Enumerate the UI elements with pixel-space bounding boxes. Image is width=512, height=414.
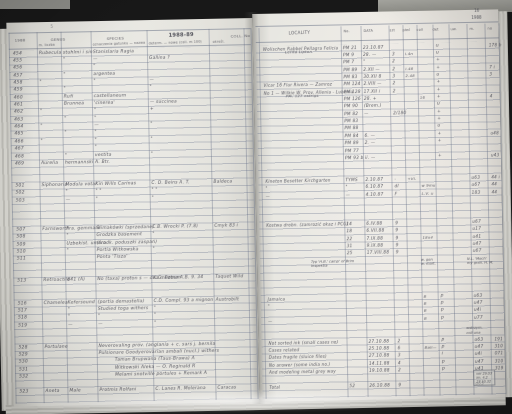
handwritten-entry: u41: [472, 234, 481, 238]
handwritten-entry: 841 (A): [67, 279, 85, 284]
row-number: 467: [15, 148, 24, 153]
handwritten-entry: p: [441, 316, 444, 320]
handwritten-entry: 310: [495, 344, 503, 348]
handwritten-entry: 22: [347, 237, 353, 241]
handwritten-entry: ": [64, 88, 66, 92]
handwritten-entry: 9: [396, 251, 399, 255]
handwritten-entry: Total: [269, 385, 280, 389]
handwritten-entry: ": [63, 59, 65, 63]
annotation-note: w. genw. mart.: [421, 257, 436, 266]
row-number: 465: [14, 133, 23, 138]
handwritten-entry: ": [64, 132, 66, 136]
handwritten-entry: 9: [398, 383, 401, 387]
annotation-note: wstrzym.coll una: [466, 326, 483, 335]
row-number: 468: [15, 155, 24, 160]
handwritten-entry: w 9mu: [422, 184, 436, 188]
handwritten-entry: L.V. u: [422, 191, 434, 195]
handwritten-entry: 6: [398, 346, 401, 350]
handwritten-entry: ": [150, 86, 152, 90]
handwritten-entry: Brunnea: [64, 102, 84, 107]
handwritten-entry: ": [95, 146, 97, 150]
handwritten-entry: 310: [495, 359, 503, 363]
handwritten-entry: Chamelea: [44, 301, 68, 306]
handwritten-entry: Cmyk 83 i: [214, 224, 238, 229]
handwritten-entry: Aneta: [45, 390, 59, 395]
handwritten-entry: PM 82: [344, 112, 358, 116]
handwritten-entry: PM 83: [344, 119, 358, 123]
annotation-note: Typ 'H.B.' camp' of BrimInspektia: [311, 259, 354, 269]
handwritten-entry: 28. +: [364, 97, 377, 101]
handwritten-entry: —: [66, 198, 71, 202]
handwritten-entry: 2: [398, 368, 401, 372]
handwritten-entry: 6.10.87: [366, 185, 384, 190]
handwritten-entry: u67: [472, 183, 481, 187]
ledger-book: 16 1988 5 1988GENUSSPECIES1988-89COLL. N…: [0, 7, 512, 414]
handwritten-entry: 2: [397, 339, 400, 343]
handwritten-entry: ": [96, 198, 98, 202]
handwritten-entry: 52: [349, 384, 355, 388]
handwritten-entry: PM 7: [343, 60, 354, 64]
column-header: 1988: [15, 38, 26, 42]
column-header: 1988-89: [169, 33, 194, 39]
handwritten-entry: p: [441, 294, 444, 298]
row-number: 507: [16, 228, 25, 233]
handwritten-entry: u48: [491, 131, 499, 135]
handwritten-entry: PM 128: [344, 90, 361, 95]
handwritten-entry: dl: [395, 185, 399, 189]
handwritten-entry: Portia Witkowska: [97, 248, 139, 253]
handwritten-entry: 27.10.88: [368, 339, 389, 344]
handwritten-entry: —: [266, 194, 270, 198]
handwritten-entry: 4: [490, 95, 493, 99]
handwritten-entry: ": [93, 80, 95, 84]
handwritten-entry: +VI.: [407, 177, 416, 181]
row-number: 469: [15, 162, 24, 167]
handwritten-entry: Ponta 'Tisza': [97, 256, 128, 261]
handwritten-entry: Austrobilt: [216, 298, 239, 303]
row-number: 459: [14, 89, 23, 94]
handwritten-entry: +: [438, 132, 442, 136]
handwritten-entry: Kin Wills Carinas: [95, 182, 136, 187]
handwritten-entry: F: [395, 192, 398, 196]
handwritten-entry: u63: [474, 337, 483, 341]
handwritten-entry: u4i: [474, 308, 481, 312]
handwritten-entry: 31: [347, 244, 353, 248]
handwritten-entry: (Brem.): [364, 104, 382, 109]
handwritten-entry: Cases related: [269, 348, 300, 353]
handwritten-entry: Rubecula: [39, 51, 62, 56]
handwritten-entry: u47: [475, 345, 484, 349]
handwritten-entry: ": [151, 138, 153, 142]
handwritten-entry: 'cinerea': [94, 102, 115, 107]
handwritten-entry: +: [438, 154, 442, 158]
handwritten-entry: Grodzka basement: [96, 234, 142, 239]
handwritten-entry: +: [437, 110, 441, 114]
handwritten-entry: argentea: [93, 72, 115, 77]
row-number: 519: [18, 324, 27, 329]
row-number: 528: [19, 346, 28, 351]
handwritten-entry: C. D. Beins A. T.: [151, 181, 189, 186]
row-number: 464: [14, 126, 23, 131]
handwritten-entry: ": [268, 305, 270, 309]
row-number: 455: [13, 59, 22, 64]
row-number: 510: [17, 250, 26, 255]
handwritten-entry: +: [438, 140, 442, 144]
handwritten-entry: +: [436, 59, 440, 63]
handwritten-entry: 2. —: [365, 141, 376, 145]
handwritten-entry: —: [93, 58, 98, 62]
handwritten-entry: 25.10.88: [369, 346, 390, 351]
handwritten-entry: 18: [346, 230, 352, 234]
handwritten-entry: u4i: [475, 352, 482, 356]
handwritten-entry: ": [266, 187, 268, 191]
annotation-note: ver 29.03im. 4.227.10.32: [473, 369, 495, 386]
handwritten-entry: PM 88: [344, 126, 358, 130]
handwritten-entry: Jamaica: [268, 297, 286, 301]
handwritten-entry: ": [152, 197, 154, 201]
handwritten-entry: ": [94, 117, 96, 121]
handwritten-entry: PM 83: [343, 75, 357, 79]
column-header: COLL. No: [231, 34, 251, 39]
handwritten-entry: 30.XII 8: [363, 75, 381, 80]
handwritten-entry: ": [363, 60, 365, 64]
column-header: no: [487, 27, 492, 31]
handwritten-entry: ": [152, 233, 154, 237]
handwritten-entry: —: [268, 319, 272, 323]
handwritten-entry: PM 126: [344, 97, 361, 102]
handwritten-entry: hermannski: [65, 161, 93, 166]
handwritten-entry: ": [154, 307, 156, 311]
handwritten-entry: Male: [69, 389, 80, 394]
row-number: 503: [16, 199, 25, 204]
handwritten-entry: —: [94, 124, 99, 128]
column-header: det: [433, 28, 439, 32]
handwritten-entry: B: [424, 294, 427, 298]
handwritten-entry: 19.10.88: [369, 368, 390, 373]
row-number: 508: [16, 236, 25, 241]
handwritten-entry: i.4n: [405, 52, 413, 56]
handwritten-entry: C.B. Wrocki P. (7.8): [152, 225, 198, 230]
handwritten-entry: 6.VII.88: [366, 229, 384, 234]
handwritten-entry: B: [424, 316, 427, 320]
handwritten-entry: 16: [420, 96, 425, 100]
handwritten-entry: u17: [472, 227, 481, 231]
handwritten-entry: 9: [395, 221, 398, 225]
handwritten-entry: 17.VIII.88: [367, 251, 389, 256]
row-number: 454: [13, 52, 22, 57]
handwritten-entry: PM 93 b: [345, 156, 364, 161]
handwritten-entry: 6. —: [365, 134, 376, 138]
handwritten-entry: +: [437, 95, 441, 99]
handwritten-entry: u63: [474, 293, 483, 297]
handwritten-entry: ": [93, 65, 95, 69]
handwritten-entry: 25: [347, 252, 353, 256]
handwritten-entry: i: [442, 353, 444, 357]
handwritten-entry: 2: [392, 67, 395, 71]
handwritten-entry: ": [65, 154, 67, 158]
handwritten-entry: +: [437, 118, 441, 122]
handwritten-entry: u77: [474, 315, 483, 319]
row-number: 513: [17, 280, 26, 285]
handwritten-entry: (portia demastella): [98, 300, 145, 305]
column-header: coll: [417, 29, 424, 33]
column-subheader: m. liczba: [39, 43, 55, 47]
handwritten-entry: +: [437, 88, 441, 92]
handwritten-entry: 9: [395, 229, 398, 233]
handwritten-entry: B: [424, 302, 427, 306]
handwritten-entry: u: [437, 103, 440, 107]
handwritten-entry: 2.48: [405, 74, 415, 78]
handwritten-entry: 3: [392, 74, 395, 78]
handwritten-entry: u: [436, 73, 439, 77]
row-number: 531: [19, 368, 28, 373]
handwritten-entry: p: [442, 360, 445, 364]
handwritten-entry: 3: [392, 52, 395, 56]
handwritten-entry: ": [68, 316, 70, 320]
handwritten-entry: p: [442, 367, 445, 371]
row-number: 518: [18, 317, 27, 322]
row-number: 511: [17, 258, 26, 263]
handwritten-entry: 183: [472, 190, 481, 194]
handwritten-entry: PM 21: [343, 46, 357, 50]
handwritten-entry: ": [95, 139, 97, 143]
handwritten-entry: Baldeca: [213, 180, 232, 185]
handwritten-entry: +: [437, 81, 441, 85]
handwritten-entry: 2/180: [393, 111, 406, 115]
handwritten-entry: ": [64, 117, 66, 121]
handwritten-entry: PM 90: [344, 104, 358, 108]
handwritten-entry: -: [394, 177, 396, 181]
handwritten-entry: Portulane: [45, 345, 68, 350]
handwritten-entry: +: [436, 66, 440, 70]
handwritten-entry: p: [441, 301, 444, 305]
handwritten-entry: PM. 127 ostrigs: [286, 94, 319, 98]
handwritten-entry: Aurelia: [41, 162, 58, 167]
handwritten-entry: p: [441, 338, 444, 342]
column-header: szt: [390, 29, 396, 33]
handwritten-entry: —: [346, 193, 351, 197]
row-number: 456: [13, 67, 22, 72]
handwritten-entry: 28. —: [363, 53, 377, 57]
handwritten-entry: PM 77: [345, 149, 359, 153]
handwritten-entry: 3: [398, 354, 401, 358]
handwritten-entry: 2.10.87: [365, 177, 383, 182]
handwritten-entry: Bali—: [425, 346, 437, 350]
handwritten-entry: u63: [471, 176, 480, 180]
column-header: LOCALITY: [289, 31, 311, 36]
handwritten-entry: 2.XII —: [363, 67, 380, 72]
handwritten-entry: " ": [96, 190, 102, 195]
handwritten-entry: Gallina ?: [149, 57, 170, 62]
handwritten-entry: Taquet Wild: [215, 276, 243, 281]
handwritten-entry: ": [94, 131, 96, 135]
handwritten-entry: Modula votal: [65, 183, 96, 188]
handwritten-entry: u: [436, 44, 439, 48]
handwritten-entry: —: [98, 323, 103, 327]
handwritten-entry: " ": [152, 189, 158, 193]
row-number: 523: [19, 390, 28, 395]
handwritten-entry: ": [68, 308, 70, 312]
handwritten-entry: B: [424, 309, 427, 313]
row-number: 458: [13, 81, 22, 86]
handwritten-entry: Protmis Rolfani: [99, 388, 136, 393]
handwritten-entry: ": [151, 152, 153, 156]
handwritten-entry: PM 84: [345, 134, 359, 138]
column-header: SPECIES: [107, 36, 125, 41]
handwritten-entry: 44: [492, 183, 498, 187]
handwritten-entry: ": [153, 248, 155, 252]
column-header: uw.: [450, 28, 456, 32]
handwritten-entry: vestita: [95, 153, 112, 158]
handwritten-entry: 4.10.87: [366, 192, 384, 197]
handwritten-entry: castellaneum: [94, 94, 127, 99]
handwritten-entry: 26.10.88: [369, 383, 390, 388]
year-mark: 1988: [471, 15, 481, 20]
handwritten-entry: u67: [473, 249, 482, 253]
handwritten-entry: ": [150, 123, 152, 127]
handwritten-entry: ": [94, 109, 96, 113]
annotation-note: N.L. 'Mech'my gran. H. M.: [467, 256, 494, 265]
row-number: 517: [18, 309, 27, 314]
desk-surface-left: [0, 0, 70, 9]
handwritten-entry: Retroactile: [43, 279, 70, 284]
handwritten-entry: 44 i: [491, 175, 500, 179]
handwritten-entry: p: [441, 309, 444, 313]
column-header: GENUS: [51, 38, 66, 42]
handwritten-entry: 9: [396, 236, 399, 240]
row-number: 509: [17, 243, 26, 248]
row-number: 462: [14, 111, 23, 116]
handwritten-entry: u47: [473, 242, 482, 246]
handwritten-entry: A. Btr.: [95, 161, 110, 166]
handwritten-entry: i.48: [405, 67, 413, 71]
handwritten-entry: 7 i: [489, 65, 495, 69]
column-subheader: określ.: [213, 40, 225, 44]
handwritten-entry: ": [154, 321, 156, 325]
handwritten-entry: Rufi: [64, 95, 74, 100]
handwritten-entry: +: [150, 108, 154, 112]
row-number: 463: [14, 118, 23, 123]
handwritten-entry: 2: [393, 89, 396, 93]
handwritten-entry: 9: [396, 243, 399, 247]
handwritten-entry: u47: [474, 301, 483, 305]
handwritten-entry: p: [442, 345, 445, 349]
handwritten-entry: 071: [495, 352, 503, 356]
row-number: 457: [13, 74, 22, 79]
row-number: 532: [19, 375, 28, 380]
handwritten-entry: u47: [475, 359, 484, 363]
row-number: 460: [14, 96, 23, 101]
handwritten-entry: 17.XII i: [364, 89, 381, 94]
handwritten-entry: Kefersound: [68, 301, 95, 306]
handwritten-entry: ": [63, 73, 65, 77]
handwritten-entry: 178 b: [489, 43, 502, 47]
handwritten-entry: u: [437, 125, 440, 129]
handwritten-entry: 2: [393, 82, 396, 86]
handwritten-entry: ": [154, 314, 156, 318]
handwritten-entry: ": [66, 235, 68, 239]
row-number: 529: [19, 353, 28, 358]
handwritten-entry: ": [346, 186, 348, 190]
handwritten-entry: TYMS: [345, 178, 357, 182]
handwritten-entry: 2: [392, 60, 395, 64]
handwritten-entry: 9.IX.88: [367, 244, 384, 249]
handwritten-entry: ": [66, 191, 68, 195]
handwritten-entry: Lerita Lipton: [285, 50, 312, 54]
handwritten-entry: 14: [346, 222, 352, 226]
handwritten-entry: ": [67, 250, 69, 254]
handwritten-entry: 3: [489, 72, 492, 76]
column-header: płeć: [403, 29, 411, 33]
handwritten-entry: PM 89: [343, 68, 357, 72]
handwritten-entry: Caracas: [217, 386, 236, 391]
handwritten-entry: u43: [491, 153, 499, 157]
handwritten-entry: 44: [492, 190, 498, 194]
handwritten-entry: ": [98, 315, 100, 319]
handwritten-entry: —: [68, 323, 73, 327]
handwritten-entry: PM 124: [344, 82, 361, 87]
row-number: 516: [18, 302, 27, 307]
handwritten-entry: ": [39, 81, 41, 85]
handwritten-entry: PM 89: [345, 141, 359, 145]
row-number: 466: [15, 140, 24, 145]
handwritten-entry: PM 9: [343, 53, 354, 57]
handwritten-entry: 18x4: [423, 235, 434, 239]
handwritten-entry: u: [436, 51, 439, 55]
row-number: 501: [15, 184, 24, 189]
row-number: 530: [19, 361, 28, 366]
handwritten-entry: 27.10.88: [369, 354, 390, 359]
handwritten-entry: 191: [494, 337, 502, 341]
handwritten-entry: 14.11.88: [369, 361, 390, 366]
row-number: 461: [14, 104, 23, 109]
handwritten-entry: 23.10.87: [363, 45, 384, 50]
handwritten-entry: 2.VIII —: [364, 82, 382, 87]
handwritten-entry: stuhlmi i sin: [63, 51, 93, 56]
handwritten-entry: ": [40, 110, 42, 114]
handwritten-entry: ii. —: [365, 156, 376, 160]
handwritten-entry: 4: [398, 361, 401, 365]
ledger-photo: 16 1988 5 1988GENUSSPECIES1988-89COLL. N…: [0, 0, 512, 414]
column-header: No.: [344, 30, 350, 34]
handwritten-entry: ": [40, 125, 42, 129]
handwritten-entry: ": [41, 140, 43, 144]
handwritten-entry: —: [364, 112, 369, 116]
handwritten-entry: — succinea: [150, 101, 177, 106]
corner-pencil-mark: 5: [50, 24, 53, 29]
row-number: 502: [16, 192, 25, 197]
column-header: m.: [469, 28, 474, 32]
handwritten-entry: 319: [495, 366, 503, 370]
handwritten-entry: 7.IX.88: [367, 236, 384, 241]
handwritten-entry: Siphonaria: [41, 184, 67, 189]
handwritten-entry: 6.IV.88: [366, 222, 382, 227]
column-header: DATA: [364, 30, 374, 34]
handwritten-entry: u67: [472, 220, 481, 224]
page-number: 16: [474, 8, 479, 13]
handwritten-entry: —: [149, 79, 154, 83]
handwritten-entry: Stanislaria Ragia: [93, 50, 134, 55]
